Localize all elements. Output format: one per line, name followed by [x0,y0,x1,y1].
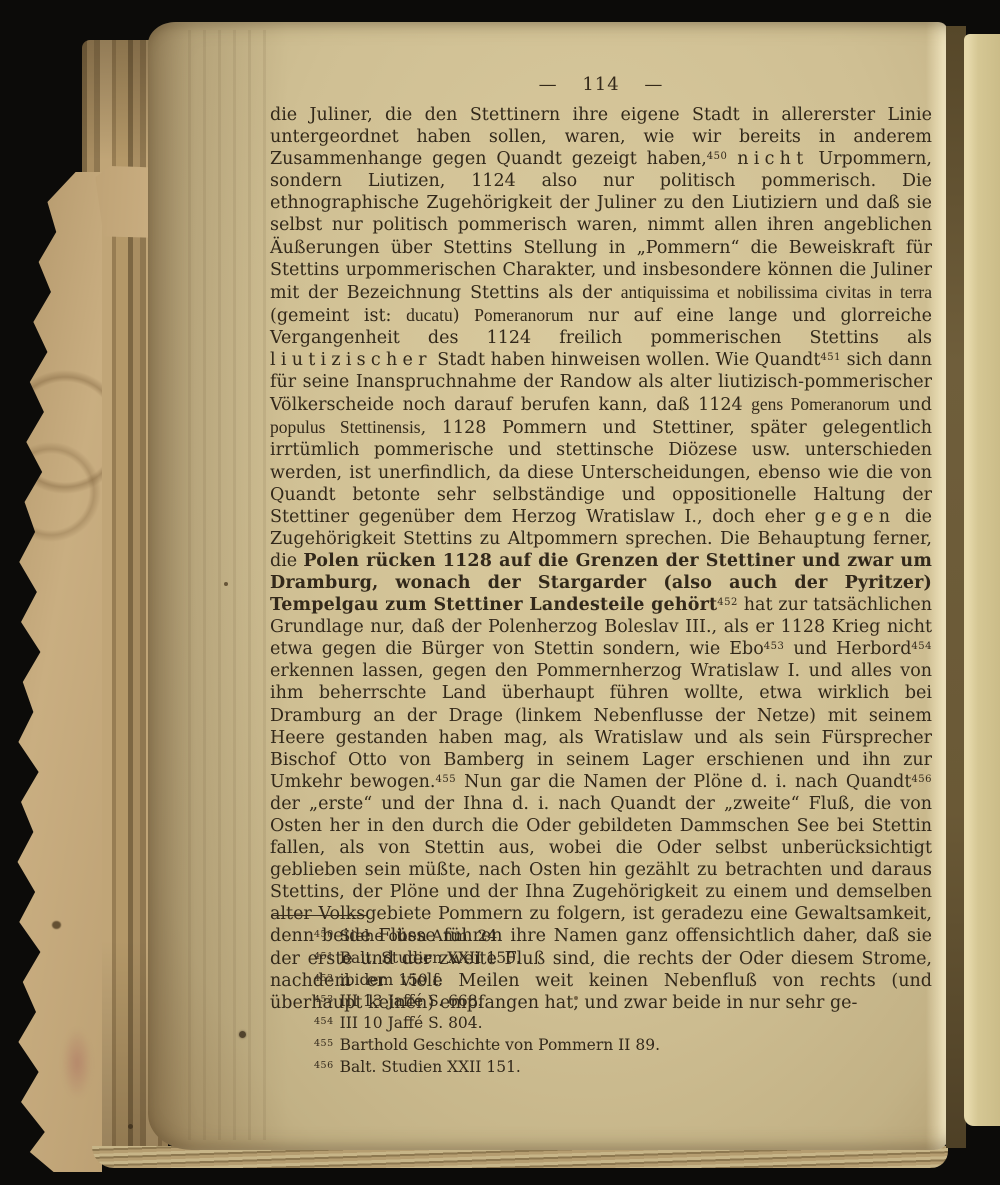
footnote-marker: 455 [314,1038,334,1049]
text-segment: ) [453,306,474,326]
footnote-text: Siehe oben Anm. 24. [340,927,503,945]
footnote: 456Balt. Studien XXII 151. [270,1057,932,1079]
paper-stain [62,1028,92,1098]
text-segment: gens Pomeranorum [751,394,890,414]
text-segment: Urpommern, sondern Liutizen, 1124 also n… [270,149,932,303]
paper-stain [239,1031,246,1038]
text-segment: populus Stettinensis [270,417,421,437]
gutter-shading [188,30,274,1140]
text-segment [727,149,737,169]
footnote-text: III 10 Jaffé S. 804. [340,1014,483,1032]
footnote-marker: 452 [314,973,334,984]
text-segment: Nun gar die Namen der Plöne d. i. nach Q… [456,772,911,792]
footnote-ref: 452 [717,597,738,608]
text-segment: ducatu [406,305,453,325]
text-segment: antiquissima et nobilissima civitas in t… [621,282,932,302]
gutter-shadow [946,26,966,1148]
footnote-ref: 454 [911,641,932,652]
footnote-text: Barthold Geschichte von Pommern II 89. [340,1036,660,1054]
text-segment: und [890,395,932,415]
page-content: — 114 — die Juliner, die den Stettinern … [270,74,932,96]
book-scan: — 114 — die Juliner, die den Stettinern … [0,0,1000,1185]
paper-stain [52,921,61,929]
next-page-edge [964,34,1000,1126]
text-segment: gegen [815,507,896,527]
text-segment: Pomeranorum [474,305,573,325]
footnote: 450Siehe oben Anm. 24. [270,926,932,948]
footnote-ref: 450 [707,151,728,162]
body-paragraph: die Juliner, die den Stettinern ihre eig… [270,104,932,1014]
text-segment: liutizischer [270,350,432,370]
footnote: 452ibidem 150 f. [270,970,932,992]
text-segment: nicht [737,149,808,169]
footnote: 453III 13 Jaffé S. 668. [270,991,932,1013]
footnote-ref: 455 [435,774,456,785]
footnote-text: Balt. Studien XXII 151. [340,1058,521,1076]
text-segment: und Herbord [784,639,911,659]
footnote-marker: 453 [314,994,334,1005]
footnote: 454III 10 Jaffé S. 804. [270,1013,932,1035]
footnote: 455Barthold Geschichte von Pommern II 89… [270,1035,932,1057]
footnote-marker: 456 [314,1060,334,1071]
footnote-separator [272,915,368,916]
footnote-marker: 450 [314,929,334,940]
footnote-text: Balt. Studien XXII 150. [340,949,521,967]
footnote: 451Balt. Studien XXII 150. [270,948,932,970]
footnote-text: ibidem 150 f. [340,971,443,989]
page-number: — 114 — [270,74,932,96]
footnote-marker: 454 [314,1016,334,1027]
footnote-marker: 451 [314,951,334,962]
text-segment: Stadt haben hinweisen wollen. Wie Quandt [432,350,821,370]
paper-stain [128,1124,133,1129]
paper-stain [224,582,228,586]
text-segment: (gemeint ist: [270,306,406,326]
footnote-ref: 456 [911,774,932,785]
footnote-text: III 13 Jaffé S. 668. [340,992,483,1010]
footnote-ref: 453 [764,641,785,652]
torn-page-edge [14,172,102,1172]
footnotes: 450Siehe oben Anm. 24. 451Balt. Studien … [270,926,932,1079]
footnote-ref: 451 [820,352,841,363]
